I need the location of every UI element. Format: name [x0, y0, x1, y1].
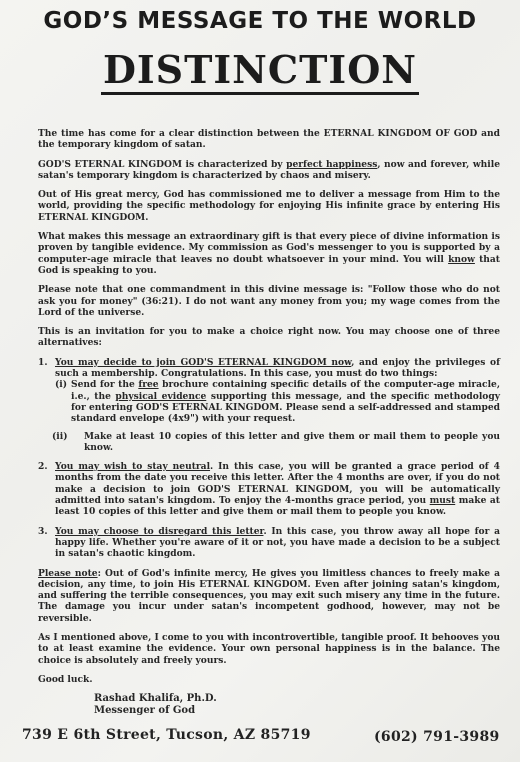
subitem-ii: (ii) Make at least 10 copies of this let…	[52, 431, 500, 454]
paragraph-intro: The time has come for a clear distinctio…	[38, 128, 500, 151]
alternative-3: 3. You may choose to disregard this lett…	[38, 526, 500, 560]
alternative-lead: You may choose to disregard this letter	[55, 526, 263, 537]
item-number: 1.	[38, 357, 48, 368]
underlined-perfect-happiness: perfect happiness	[286, 159, 377, 170]
underlined-must: must	[430, 495, 456, 506]
paragraph-closing: As I mentioned above, I come to you with…	[38, 632, 500, 666]
flyer-title: GOD’S MESSAGE TO THE WORLD	[0, 8, 520, 34]
paragraph-kingdom: GOD'S ETERNAL KINGDOM is characterized b…	[38, 159, 500, 182]
paragraph-please-note: Please note: Out of God's infinite mercy…	[38, 568, 500, 624]
paragraph-invitation: This is an invitation for you to make a …	[38, 326, 500, 349]
paragraph-evidence: What makes this message an extraordinary…	[38, 231, 500, 276]
subitem-i: (i) Send for the free brochure containin…	[55, 379, 500, 424]
please-note-label: Please note	[38, 568, 98, 579]
signature-role: Messenger of God	[94, 705, 500, 717]
letter-body: The time has come for a clear distinctio…	[38, 128, 500, 717]
underlined-know: know	[448, 254, 475, 265]
alternative-1: 1. You may decide to join GOD'S ETERNAL …	[38, 357, 500, 453]
item-number: 3.	[38, 526, 48, 537]
paragraph-mercy: Out of His great mercy, God has commissi…	[38, 189, 500, 223]
underlined-free: free	[138, 379, 158, 390]
footer-address: 739 E 6th Street, Tucson, AZ 85719	[22, 727, 311, 743]
signoff-greeting: Good luck.	[38, 674, 500, 685]
footer-phone: (602) 791-3989	[374, 729, 500, 745]
signature-name: Rashad Khalifa, Ph.D.	[94, 693, 500, 705]
paragraph-money: Please note that one commandment in this…	[38, 284, 500, 318]
alternative-lead: You may decide to join GOD'S ETERNAL KIN…	[55, 357, 351, 368]
alternative-lead: You may wish to stay neutral	[55, 461, 210, 472]
item-number: 2.	[38, 461, 48, 472]
alternative-2: 2. You may wish to stay neutral. In this…	[38, 461, 500, 517]
underlined-physical-evidence: physical evidence	[115, 391, 206, 402]
headline-text: DISTINCTION	[101, 48, 419, 95]
flyer-page: GOD’S MESSAGE TO THE WORLD DISTINCTION T…	[0, 0, 520, 762]
headline: DISTINCTION	[0, 48, 520, 95]
alternatives-list: 1. You may decide to join GOD'S ETERNAL …	[38, 357, 500, 560]
